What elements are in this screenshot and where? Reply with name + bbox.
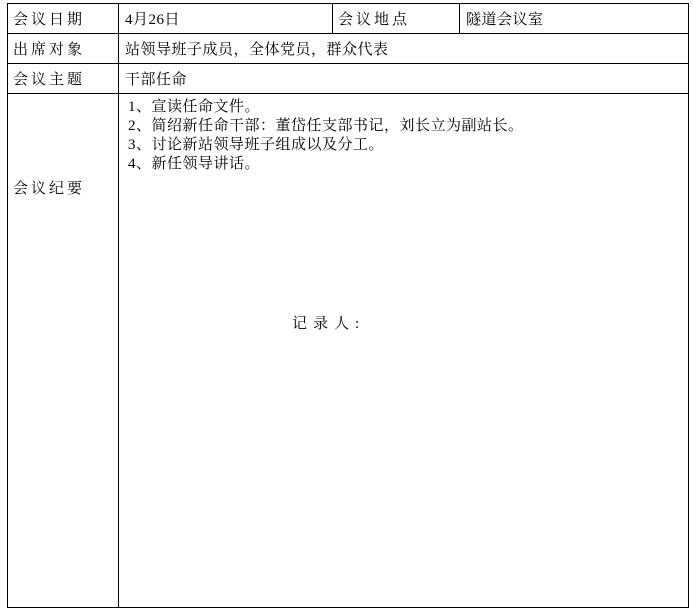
minutes-item-3: 3、讨论新站领导班子组成以及分工。: [128, 136, 688, 155]
attendees-value: 站领导班子成员，全体党员，群众代表: [119, 34, 689, 64]
meeting-date-value: 4月26日: [119, 4, 333, 34]
minutes-item-2: 2、简绍新任命干部：董岱任支部书记，刘长立为副站长。: [128, 117, 688, 136]
meeting-location-value: 隧道会议室: [460, 4, 689, 34]
minutes-label: 会议纪要: [8, 94, 119, 608]
minutes-item-1: 1、宣读任命文件。: [128, 98, 688, 117]
table-row-attendees: 出席对象 站领导班子成员，全体党员，群众代表: [8, 34, 689, 64]
table-row-topic: 会议主题 干部任命: [8, 64, 689, 94]
document-page: 会议日期 4月26日 会议地点 隧道会议室 出席对象 站领导班子成员，全体党员，…: [0, 0, 693, 614]
meeting-location-label: 会议地点: [333, 4, 460, 34]
minutes-content: 1、宣读任命文件。 2、简绍新任命干部：董岱任支部书记，刘长立为副站长。 3、讨…: [119, 94, 688, 607]
recorder-label: 记录人:: [292, 317, 365, 332]
topic-label: 会议主题: [8, 64, 119, 94]
topic-value: 干部任命: [119, 64, 689, 94]
attendees-label: 出席对象: [8, 34, 119, 64]
table-row-minutes: 会议纪要 1、宣读任命文件。 2、简绍新任命干部：董岱任支部书记，刘长立为副站长…: [8, 94, 689, 608]
minutes-item-4: 4、新任领导讲话。: [128, 155, 688, 174]
meeting-minutes-table: 会议日期 4月26日 会议地点 隧道会议室 出席对象 站领导班子成员，全体党员，…: [7, 3, 689, 608]
table-row-date-location: 会议日期 4月26日 会议地点 隧道会议室: [8, 4, 689, 34]
minutes-content-cell: 1、宣读任命文件。 2、简绍新任命干部：董岱任支部书记，刘长立为副站长。 3、讨…: [119, 94, 689, 608]
meeting-date-label: 会议日期: [8, 4, 119, 34]
